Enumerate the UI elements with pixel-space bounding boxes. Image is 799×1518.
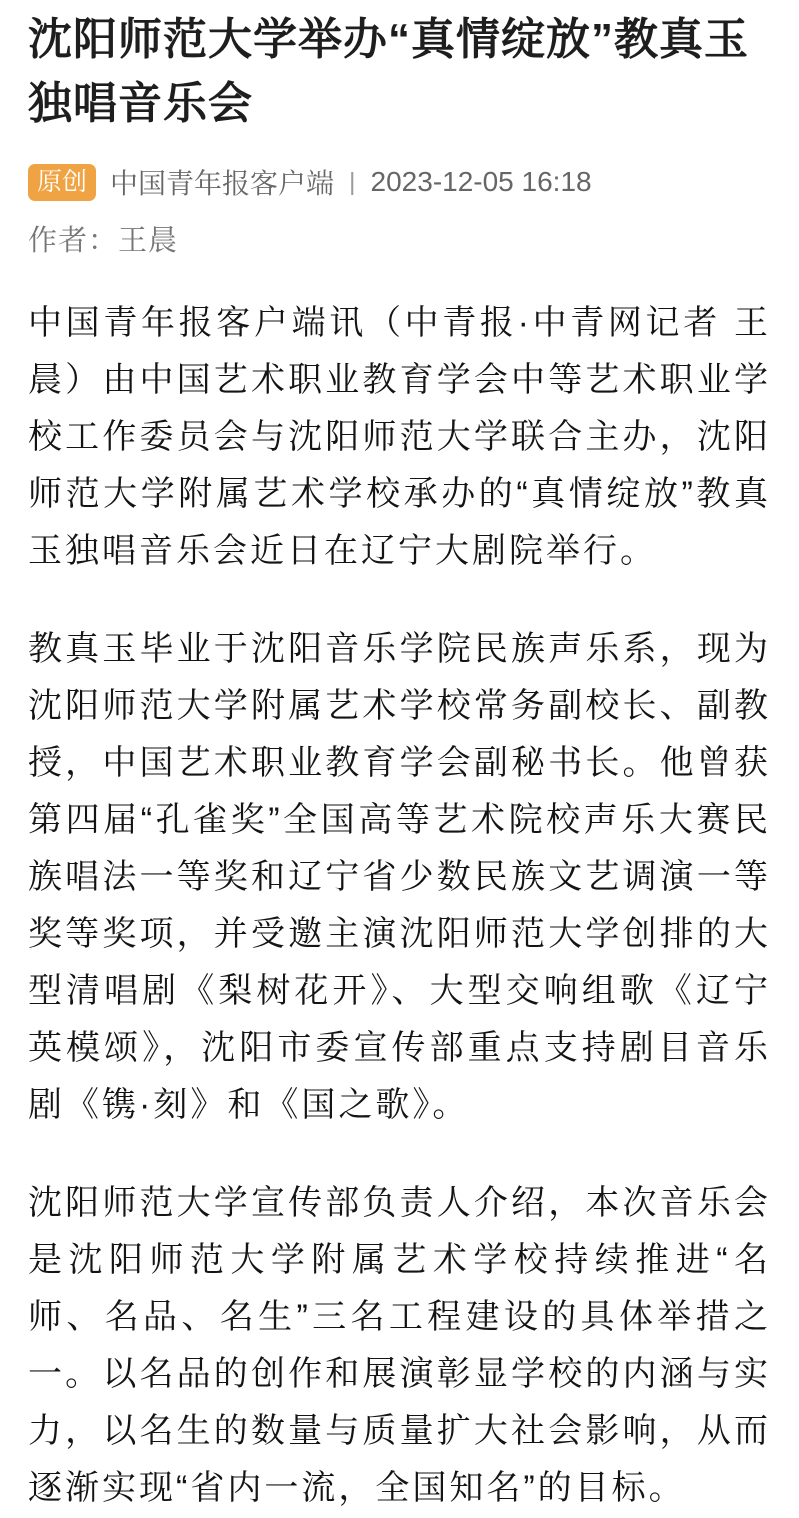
article-page: 沈阳师范大学举办“真情绽放”教真玉独唱音乐会 原创 中国青年报客户端 | 202… — [0, 0, 799, 1517]
author-line: 作者：王晨 — [28, 218, 771, 259]
source-name: 中国青年报客户端 — [110, 162, 334, 202]
paragraph: 沈阳师范大学宣传部负责人介绍，本次音乐会是沈阳师范大学附属艺术学校持续推进“名师… — [28, 1175, 771, 1517]
article-body: 中国青年报客户端讯（中青报·中青网记者 王晨）由中国艺术职业教育学会中等艺术职业… — [28, 295, 771, 1517]
article-meta-row: 原创 中国青年报客户端 | 2023-12-05 16:18 — [28, 162, 771, 202]
meta-separator: | — [349, 168, 356, 197]
paragraph: 中国青年报客户端讯（中青报·中青网记者 王晨）由中国艺术职业教育学会中等艺术职业… — [28, 295, 771, 580]
original-badge: 原创 — [28, 164, 96, 201]
publish-datetime: 2023-12-05 16:18 — [371, 166, 592, 198]
article-title: 沈阳师范大学举办“真情绽放”教真玉独唱音乐会 — [28, 0, 771, 136]
paragraph: 教真玉毕业于沈阳音乐学院民族声乐系，现为沈阳师范大学附属艺术学校常务副校长、副教… — [28, 621, 771, 1134]
